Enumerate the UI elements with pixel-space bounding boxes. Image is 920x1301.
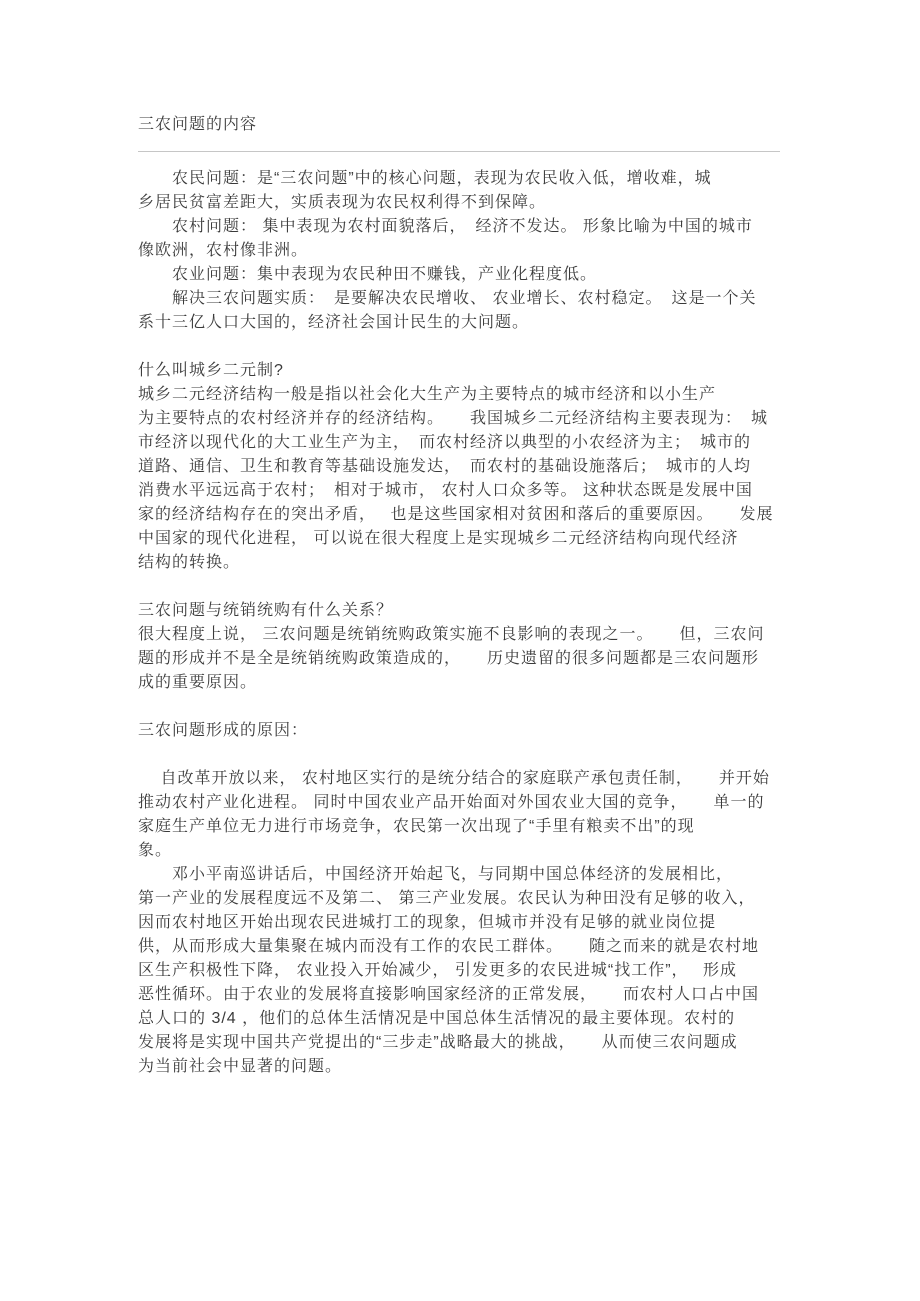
- section-sannong-content: 农民问题：是“三农问题”中的核心问题，表现为农民收入低，增收难，城乡居民贫富差距…: [138, 167, 790, 335]
- text-line: 发展将是实现中国共产党提出的“三步走”战略最大的挑战， 从而使三农问题成: [138, 1031, 790, 1055]
- text-line: 象。: [138, 839, 790, 863]
- text-line: 农村问题： 集中表现为农村面貌落后， 经济不发达。 形象比喻为中国的城市: [138, 215, 790, 239]
- text-line: 消费水平远远高于农村； 相对于城市， 农村人口众多等。 这种状态既是发展中国: [138, 479, 790, 503]
- text-line: 农业问题：集中表现为农民种田不赚钱，产业化程度低。: [138, 263, 790, 287]
- text-line: 区生产积极性下降， 农业投入开始减少， 引发更多的农民进城“找工作”， 形成: [138, 959, 790, 983]
- section-body: 很大程度上说， 三农问题是统销统购政策实施不良影响的表现之一。 但，三农问题的形…: [138, 623, 790, 695]
- text-line: 为当前社会中显著的问题。: [138, 1055, 790, 1079]
- text-line: 像欧洲，农村像非洲。: [138, 239, 790, 263]
- document-title: 三农问题的内容: [138, 113, 790, 137]
- document-content: 三农问题的内容 农民问题：是“三农问题”中的核心问题，表现为农民收入低，增收难，…: [138, 113, 790, 1079]
- text-line: 因而农村地区开始出现农民进城打工的现象，但城市并没有足够的就业岗位提: [138, 911, 790, 935]
- section-urban-rural-dual-system: 什么叫城乡二元制? 城乡二元经济结构一般是指以社会化大生产为主要特点的城市经济和…: [138, 359, 790, 575]
- text-line: 推动农村产业化进程。 同时中国农业产品开始面对外国农业大国的竞争， 单一的: [138, 791, 790, 815]
- text-line: 很大程度上说， 三农问题是统销统购政策实施不良影响的表现之一。 但，三农问: [138, 623, 790, 647]
- text-line: 为主要特点的农村经济并存的经济结构。 我国城乡二元经济结构主要表现为： 城: [138, 407, 790, 431]
- title-divider: [138, 151, 780, 152]
- section-heading: 三农问题形成的原因：: [138, 719, 790, 743]
- text-line: 题的形成并不是全是统销统购政策造成的， 历史遗留的很多问题都是三农问题形: [138, 647, 790, 671]
- text-line: 自改革开放以来， 农村地区实行的是统分结合的家庭联产承包责任制， 并开始: [138, 767, 790, 791]
- section-heading: 三农问题与统销统购有什么关系？: [138, 599, 790, 623]
- section-sannong-causes: 三农问题形成的原因： 自改革开放以来， 农村地区实行的是统分结合的家庭联产承包责…: [138, 719, 790, 1079]
- section-body: 农民问题：是“三农问题”中的核心问题，表现为农民收入低，增收难，城乡居民贫富差距…: [138, 167, 790, 335]
- text-line: 结构的转换。: [138, 551, 790, 575]
- text-line: 家的经济结构存在的突出矛盾， 也是这些国家相对贫困和落后的重要原因。 发展: [138, 503, 790, 527]
- text-line: 第一产业的发展程度远不及第二、 第三产业发展。农民认为种田没有足够的收入，: [138, 887, 790, 911]
- text-line: 农民问题：是“三农问题”中的核心问题，表现为农民收入低，增收难，城: [138, 167, 790, 191]
- text-line: 城乡二元经济结构一般是指以社会化大生产为主要特点的城市经济和以小生产: [138, 383, 790, 407]
- text-line: 邓小平南巡讲话后，中国经济开始起飞，与同期中国总体经济的发展相比，: [138, 863, 790, 887]
- text-line: 中国家的现代化进程， 可以说在很大程度上是实现城乡二元经济结构向现代经济: [138, 527, 790, 551]
- section-heading: 什么叫城乡二元制?: [138, 359, 790, 383]
- text-line: 家庭生产单位无力进行市场竞争，农民第一次出现了“手里有粮卖不出”的现: [138, 815, 790, 839]
- section-tonggou-relation: 三农问题与统销统购有什么关系？ 很大程度上说， 三农问题是统销统购政策实施不良影…: [138, 599, 790, 695]
- text-line: 恶性循环。由于农业的发展将直接影响国家经济的正常发展， 而农村人口占中国: [138, 983, 790, 1007]
- text-line: 成的重要原因。: [138, 671, 790, 695]
- document-page: 三农问题的内容 农民问题：是“三农问题”中的核心问题，表现为农民收入低，增收难，…: [0, 0, 920, 1301]
- section-body: 自改革开放以来， 农村地区实行的是统分结合的家庭联产承包责任制， 并开始推动农村…: [138, 767, 790, 1079]
- text-line: 解决三农问题实质： 是要解决农民增收、 农业增长、农村稳定。 这是一个关: [138, 287, 790, 311]
- text-line: 道路、通信、卫生和教育等基础设施发达， 而农村的基础设施落后； 城市的人均: [138, 455, 790, 479]
- text-line: 市经济以现代化的大工业生产为主， 而农村经济以典型的小农经济为主； 城市的: [138, 431, 790, 455]
- text-line: 系十三亿人口大国的，经济社会国计民生的大问题。: [138, 311, 790, 335]
- section-body: 城乡二元经济结构一般是指以社会化大生产为主要特点的城市经济和以小生产为主要特点的…: [138, 383, 790, 575]
- text-line: 乡居民贫富差距大，实质表现为农民权利得不到保障。: [138, 191, 790, 215]
- text-line: 供，从而形成大量集聚在城内而没有工作的农民工群体。 随之而来的就是农村地: [138, 935, 790, 959]
- text-line: 总人口的 3/4 ，他们的总体生活情况是中国总体生活情况的最主要体现。农村的: [138, 1007, 790, 1031]
